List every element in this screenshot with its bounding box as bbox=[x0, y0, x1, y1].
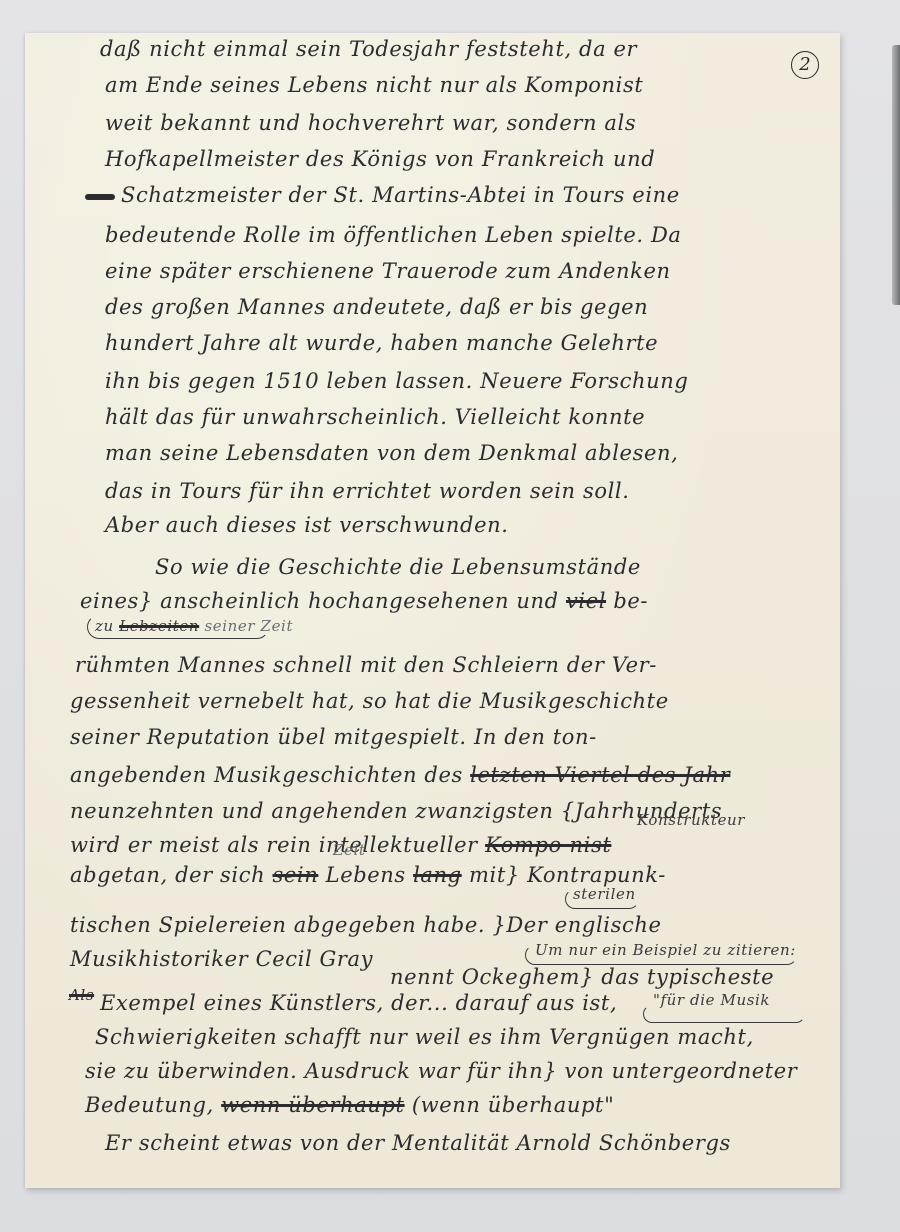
line-text: angebenden Musikgeschichten des bbox=[70, 763, 463, 787]
struck-word: Als bbox=[69, 986, 94, 1004]
text-line: Bedeutung, wenn überhaupt (wenn überhaup… bbox=[85, 1093, 614, 1117]
insertion-line: "für die Musik bbox=[653, 991, 770, 1009]
line-text: be- bbox=[613, 589, 648, 613]
struck-word: lang bbox=[413, 863, 462, 887]
text-line: gessenheit vernebelt hat, so hat die Mus… bbox=[70, 689, 669, 713]
insertion-above: Um nur ein Beispiel zu zitieren: bbox=[535, 941, 796, 959]
text-line: man seine Lebensdaten von dem Denkmal ab… bbox=[105, 441, 678, 465]
line-text: Schatzmeister der St. Martins-Abtei in T… bbox=[121, 183, 680, 207]
text-line: eines} anscheinlich hochangesehenen und … bbox=[80, 589, 648, 613]
struck-word: viel bbox=[566, 589, 606, 613]
paragraph-start-line: So wie die Geschichte die Lebensumstände bbox=[155, 555, 641, 579]
text-line: Schatzmeister der St. Martins-Abtei in T… bbox=[85, 183, 680, 207]
text-line: hält das für unwahrscheinlich. Vielleich… bbox=[105, 405, 645, 429]
text-line: abgetan, der sich sein Lebens lang mit} … bbox=[70, 863, 666, 887]
text-line: weit bekannt und hochverehrt war, sonder… bbox=[105, 111, 636, 135]
text-line: Hofkapellmeister des Königs von Frankrei… bbox=[105, 147, 655, 171]
line-text: Bedeutung, bbox=[85, 1093, 214, 1117]
text-line: eine später erschienene Trauerode zum An… bbox=[105, 259, 671, 283]
text-line: rühmten Mannes schnell mit den Schleiern… bbox=[75, 653, 657, 677]
text-line: Als bbox=[69, 981, 94, 1005]
text-line: Exempel eines Künstlers, der... darauf a… bbox=[100, 991, 617, 1015]
adjacent-page-edge bbox=[892, 45, 900, 305]
line-text: mit} Kontrapunk- bbox=[469, 863, 666, 887]
struck-word: sein bbox=[273, 863, 319, 887]
insertion-line: zu Lebzeiten seiner Zeit bbox=[95, 617, 293, 635]
line-text: Lebens bbox=[326, 863, 406, 887]
text-line: hundert Jahre alt wurde, haben manche Ge… bbox=[105, 331, 658, 355]
text-line: das in Tours für ihn errichtet worden se… bbox=[105, 479, 629, 503]
line-text: wird er meist als rein intellektueller bbox=[70, 833, 478, 857]
manuscript-text: daß nicht einmal sein Todesjahr feststeh… bbox=[25, 33, 840, 1188]
line-text: eines} anscheinlich hochangesehenen und bbox=[80, 589, 559, 613]
struck-blot bbox=[85, 194, 115, 200]
insertion-text: (wenn überhaupt" bbox=[412, 1093, 614, 1117]
pencil-insertion-above: Zeit bbox=[333, 841, 366, 859]
text-line: daß nicht einmal sein Todesjahr feststeh… bbox=[100, 37, 637, 61]
text-line: Musikhistoriker Cecil Gray bbox=[70, 947, 373, 971]
text-line: neunzehnten und angehenden zwanzigsten {… bbox=[70, 799, 722, 823]
text-line: bedeutende Rolle im öffentlichen Leben s… bbox=[105, 223, 682, 247]
insertion-line: sterilen bbox=[573, 885, 636, 903]
struck-phrase: wenn überhaupt bbox=[221, 1093, 404, 1117]
text-line: Er scheint etwas von der Mentalität Arno… bbox=[105, 1131, 731, 1155]
text-line: sie zu überwinden. Ausdruck war für ihn}… bbox=[85, 1059, 797, 1083]
struck-word: Lebzeiten bbox=[119, 617, 199, 635]
struck-word: Kompo-nist bbox=[485, 833, 611, 857]
pencil-insertion: seiner Zeit bbox=[205, 617, 294, 635]
struck-phrase: letzten Viertel des Jahr bbox=[470, 763, 730, 787]
text-line: des großen Mannes andeutete, daß er bis … bbox=[105, 295, 648, 319]
line-text: abgetan, der sich bbox=[70, 863, 265, 887]
text-line: nennt Ockeghem} das typischeste bbox=[390, 965, 774, 989]
text-line: tischen Spielereien abgegeben habe. }Der… bbox=[70, 913, 661, 937]
insertion-above: Konstrukteur bbox=[637, 811, 745, 829]
text-line: Schwierigkeiten schafft nur weil es ihm … bbox=[95, 1025, 754, 1049]
text-line: ihn bis gegen 1510 leben lassen. Neuere … bbox=[105, 369, 688, 393]
text-line: angebenden Musikgeschichten des letzten … bbox=[70, 763, 730, 787]
insertion-text: zu bbox=[95, 617, 114, 635]
text-line: seiner Reputation übel mitgespielt. In d… bbox=[70, 725, 597, 749]
text-line: am Ende seines Lebens nicht nur als Komp… bbox=[105, 73, 643, 97]
line-text: Exempel eines Künstlers, der... darauf a… bbox=[100, 991, 617, 1015]
manuscript-page: 2 daß nicht einmal sein Todesjahr festst… bbox=[25, 33, 840, 1188]
text-line: Aber auch dieses ist verschwunden. bbox=[105, 513, 509, 537]
